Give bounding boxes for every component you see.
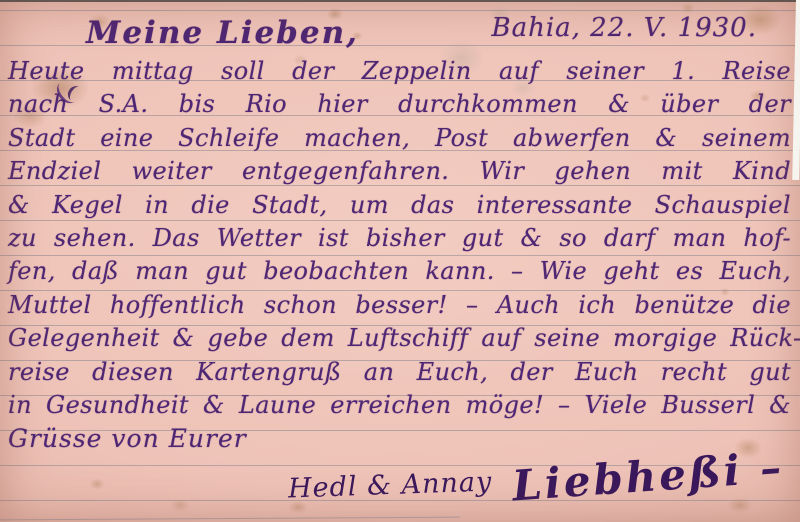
scan-vignette xyxy=(0,0,800,522)
scan-edge-top xyxy=(0,0,800,2)
postcard-scan: Meine Lieben, Bahia, 22. V. 1930. Heute … xyxy=(0,0,800,522)
